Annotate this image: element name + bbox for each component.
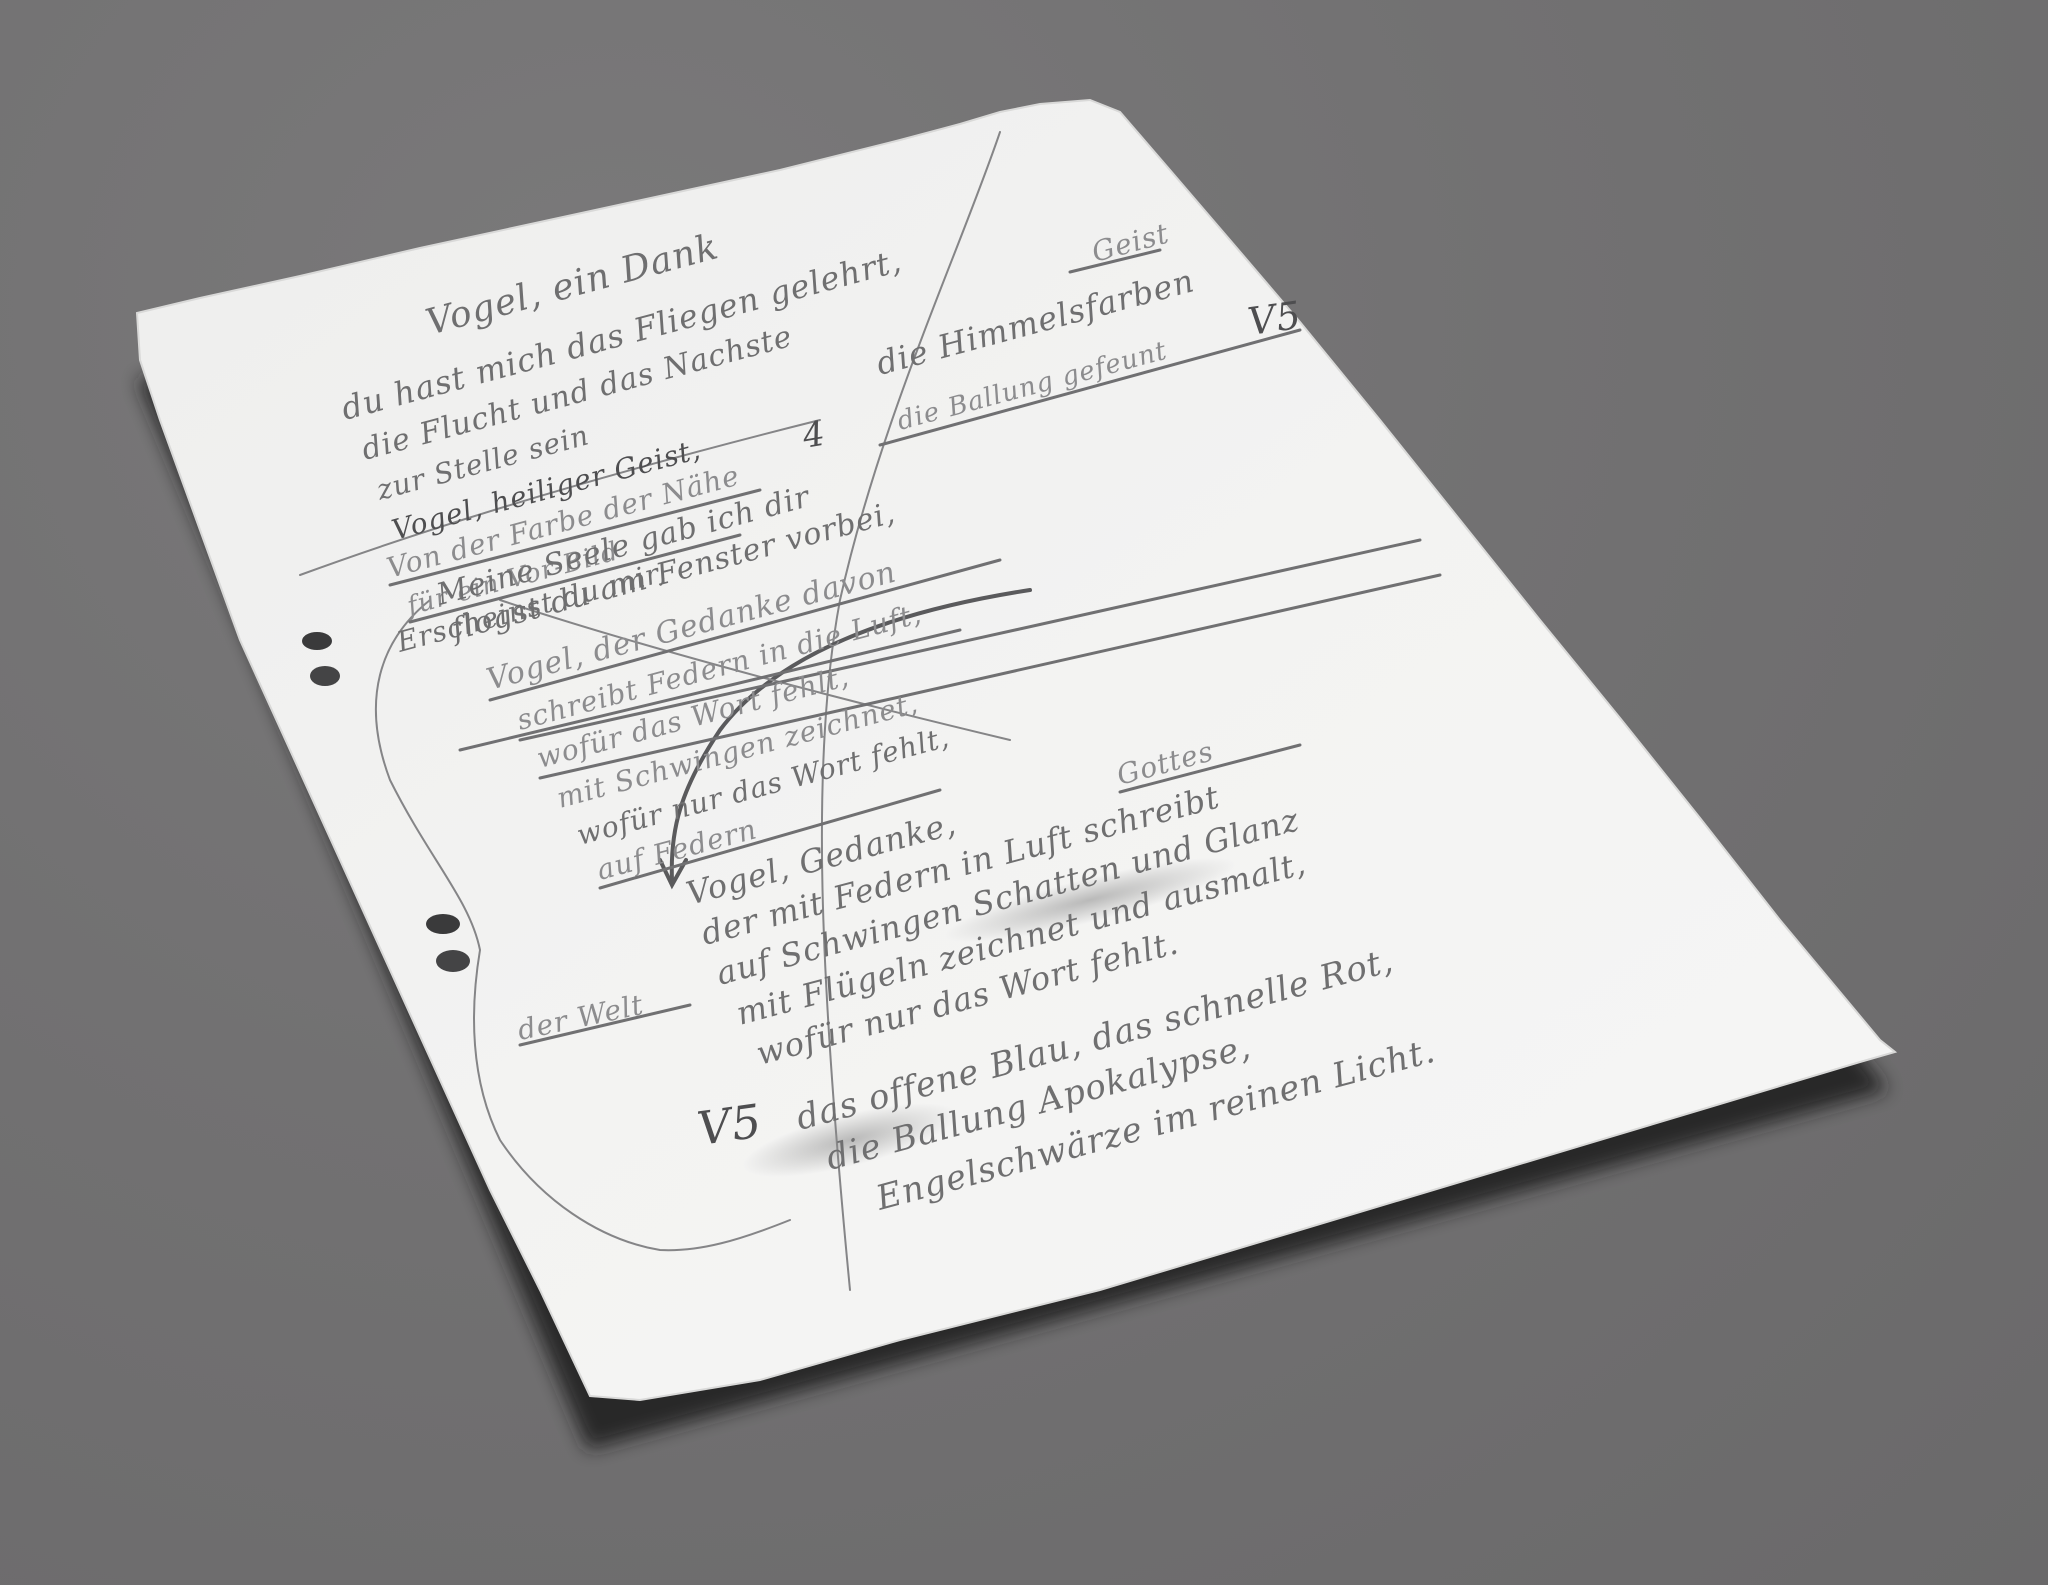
punch-hole <box>310 666 340 686</box>
paper-sheet <box>137 100 1895 1400</box>
version-mark: V5 <box>694 1093 765 1155</box>
punch-hole <box>436 950 470 972</box>
punch-hole <box>426 914 460 934</box>
photo-stage: Vogel, ein Dank du hast mich das Fliegen… <box>0 0 2048 1585</box>
punch-hole <box>302 632 332 650</box>
manuscript-photo: Vogel, ein Dank du hast mich das Fliegen… <box>0 0 2048 1585</box>
